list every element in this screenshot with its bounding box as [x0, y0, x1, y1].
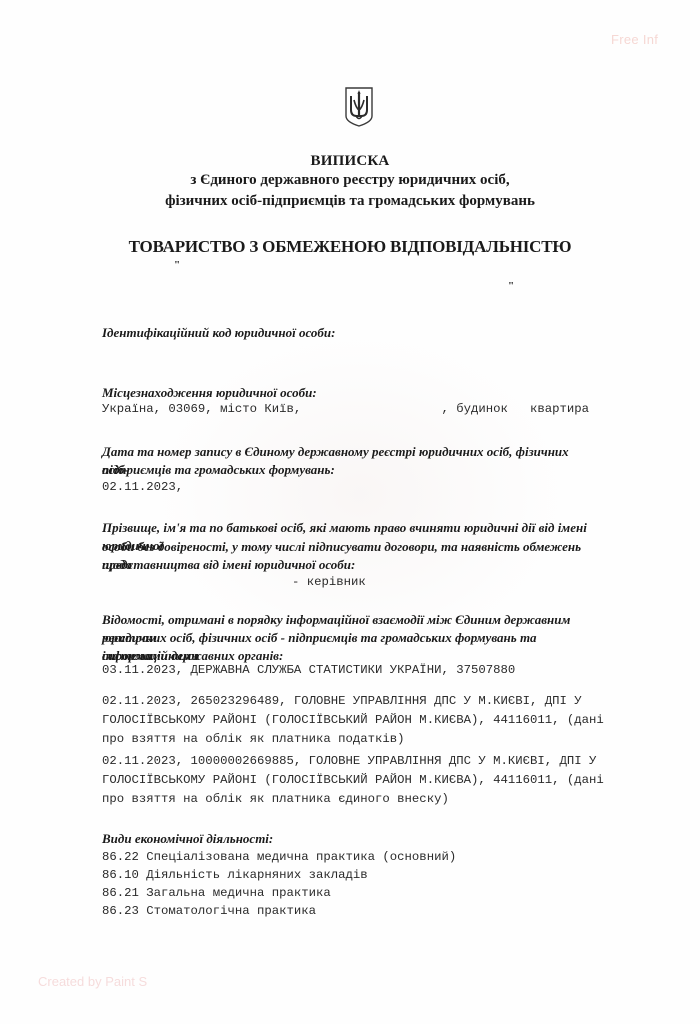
document-page: Free Inf ВИПИСКА з Єдиного державного ре… [0, 0, 700, 1024]
document-title: ВИПИСКА [0, 153, 700, 170]
document-subtitle-line1: з Єдиного державного реєстру юридичних о… [0, 172, 700, 189]
authorized-persons-value: - керівник [292, 573, 366, 592]
location-value: Україна, 03069, місто Київ, , будинок кв… [102, 400, 589, 419]
authorized-persons-label-line3: представництва від імені юридичної особи… [102, 556, 582, 574]
info-exchange-record-3-line3: про взяття на облік як платника єдиного … [102, 790, 449, 809]
registration-record-value: 02.11.2023, [102, 478, 183, 497]
info-exchange-record-2-line2: ГОЛОСІЇВСЬКОМУ РАЙОНІ (ГОЛОСІЇВСЬКИЙ РАЙ… [102, 711, 604, 730]
info-exchange-record-2-line1: 02.11.2023, 265023296489, ГОЛОВНЕ УПРАВЛ… [102, 692, 582, 711]
economic-activity-item: 86.21 Загальна медична практика [102, 884, 331, 903]
watermark-top-right: Free Inf [611, 32, 658, 47]
info-exchange-record-1: 03.11.2023, ДЕРЖАВНА СЛУЖБА СТАТИСТИКИ У… [102, 661, 515, 680]
info-exchange-record-3-line1: 02.11.2023, 10000002669885, ГОЛОВНЕ УПРА… [102, 752, 596, 771]
economic-activity-item: 86.10 Діяльність лікарняних закладів [102, 866, 368, 885]
org-name-close-quote: " [508, 280, 514, 292]
registration-record-label-line2: підприємців та громадських формувань: [102, 461, 582, 479]
info-exchange-record-2-line3: про взяття на облік як платника податків… [102, 730, 405, 749]
document-subtitle-line2: фізичних осіб-підприємців та громадських… [0, 193, 700, 210]
economic-activity-item: 86.22 Спеціалізована медична практика (о… [102, 848, 456, 867]
trident-emblem-icon [344, 86, 374, 128]
identification-code-label: Ідентифікаційний код юридичної особи: [102, 324, 582, 342]
org-name-open-quote: " [174, 259, 180, 271]
economic-activity-item: 86.23 Стоматологічна практика [102, 902, 316, 921]
organization-type: ТОВАРИСТВО З ОБМЕЖЕНОЮ ВІДПОВІДАЛЬНІСТЮ [0, 237, 700, 257]
watermark-bottom-left: Created by Paint S [38, 974, 147, 989]
economic-activities-label: Види економічної діяльності: [102, 830, 582, 848]
info-exchange-record-3-line2: ГОЛОСІЇВСЬКОМУ РАЙОНІ (ГОЛОСІЇВСЬКИЙ РАЙ… [102, 771, 604, 790]
